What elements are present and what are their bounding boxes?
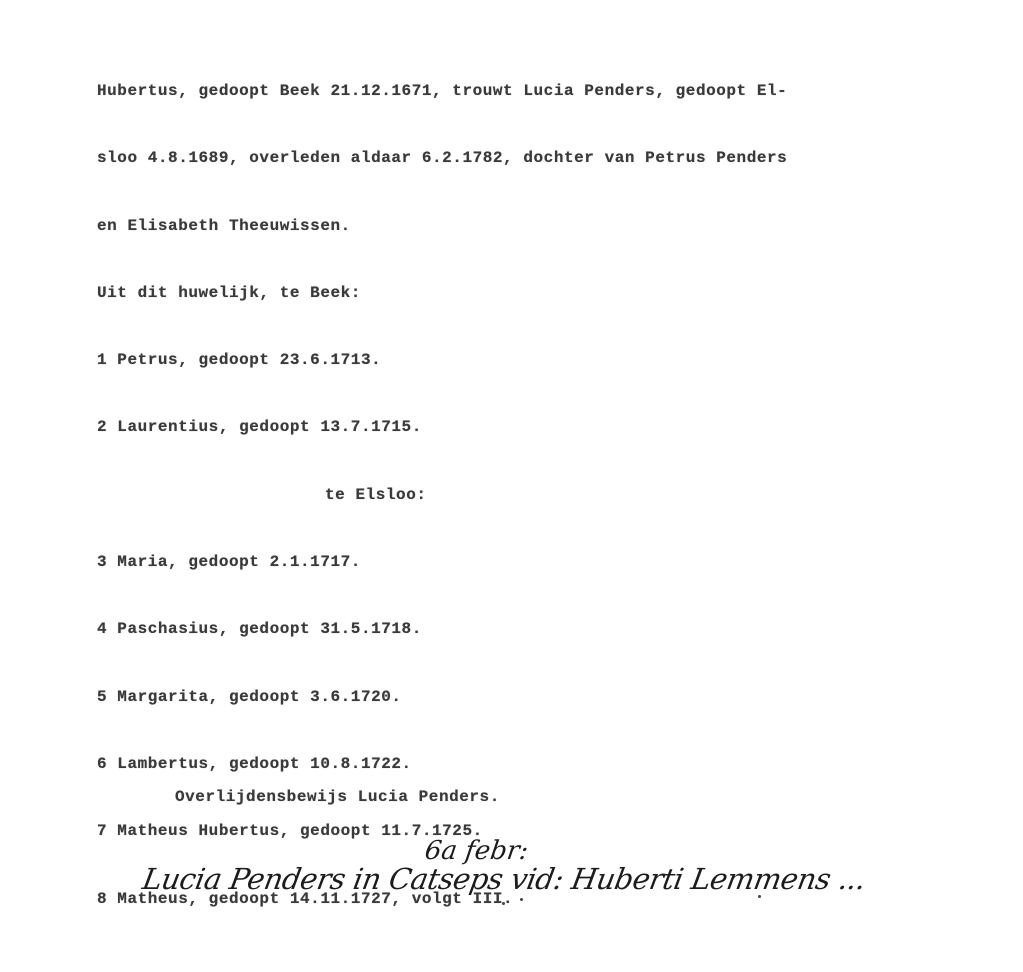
intro-line: Hubertus, gedoopt Beek 21.12.1671, trouw… [97, 76, 787, 107]
children-heading-elsloo: te Elsloo: [97, 480, 787, 511]
child-entry: 6 Lambertus, gedoopt 10.8.1722. [97, 749, 787, 780]
child-entry: 4 Paschasius, gedoopt 31.5.1718. [97, 614, 787, 645]
child-entry: 1 Petrus, gedoopt 23.6.1713. [97, 345, 787, 376]
ink-speck [520, 898, 523, 901]
death-record-title: Overlijdensbewijs Lucia Penders. [175, 785, 500, 809]
child-entry: 2 Laurentius, gedoopt 13.7.1715. [97, 412, 787, 443]
ink-speck [758, 895, 761, 898]
children-heading-beek: Uit dit huwelijk, te Beek: [97, 278, 787, 309]
handwritten-death-entry: Lucia Penders in Catseps vid: Huberti Le… [140, 862, 868, 896]
intro-line: en Elisabeth Theeuwissen. [97, 211, 787, 242]
child-entry: 3 Maria, gedoopt 2.1.1717. [97, 547, 787, 578]
ink-speck [502, 902, 505, 905]
intro-line: sloo 4.8.1689, overleden aldaar 6.2.1782… [97, 143, 787, 174]
child-entry: 5 Margarita, gedoopt 3.6.1720. [97, 682, 787, 713]
